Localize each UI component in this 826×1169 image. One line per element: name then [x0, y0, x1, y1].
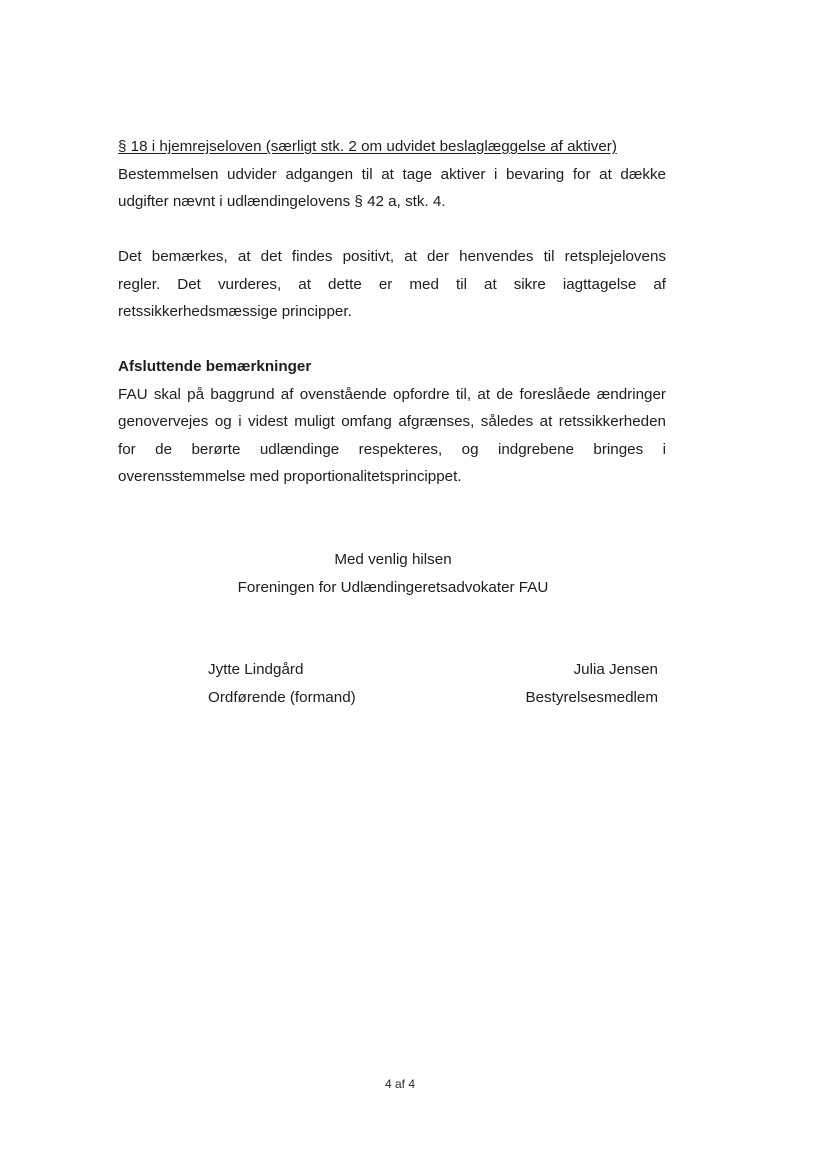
section-heading: § 18 i hjemrejseloven (særligt stk. 2 om…	[118, 133, 666, 161]
document-page: § 18 i hjemrejseloven (særligt stk. 2 om…	[0, 0, 826, 1169]
paragraph-line: Bestemmelsen udvider adgangen til at tag…	[118, 161, 666, 189]
signer-name: Jytte Lindgård	[208, 656, 356, 684]
closing-organization: Foreningen for Udlændingeretsadvokater F…	[0, 574, 786, 602]
signer-board-member: Julia Jensen Bestyrelsesmedlem	[525, 656, 658, 711]
signer-chair: Jytte Lindgård Ordførende (formand)	[208, 656, 356, 711]
paragraph-line: retssikkerhedsmæssige principper.	[118, 298, 666, 326]
paragraph-line: FAU skal på baggrund af ovenstående opfo…	[118, 381, 666, 409]
paragraph-line: overensstemmelse med proportionalitetspr…	[118, 463, 666, 491]
section-heading: Afsluttende bemærkninger	[118, 353, 666, 381]
section-closing-remarks: Afsluttende bemærkninger FAU skal på bag…	[118, 353, 666, 491]
section-assessment: Det bemærkes, at det findes positivt, at…	[118, 243, 666, 326]
paragraph-line: udgifter nævnt i udlændingelovens § 42 a…	[118, 188, 666, 216]
closing-greeting: Med venlig hilsen	[0, 546, 786, 574]
section-hjemrejseloven: § 18 i hjemrejseloven (særligt stk. 2 om…	[118, 133, 666, 216]
paragraph-line: Det bemærkes, at det findes positivt, at…	[118, 243, 666, 271]
signer-name: Julia Jensen	[525, 656, 658, 684]
paragraph-line: for de berørte udlændinge respekteres, o…	[118, 436, 666, 464]
signer-title: Bestyrelsesmedlem	[525, 684, 658, 712]
page-number: 4 af 4	[0, 1077, 800, 1091]
signer-title: Ordførende (formand)	[208, 684, 356, 712]
paragraph-line: genovervejes og i videst muligt omfang a…	[118, 408, 666, 436]
paragraph-line: regler. Det vurderes, at dette er med ti…	[118, 271, 666, 299]
